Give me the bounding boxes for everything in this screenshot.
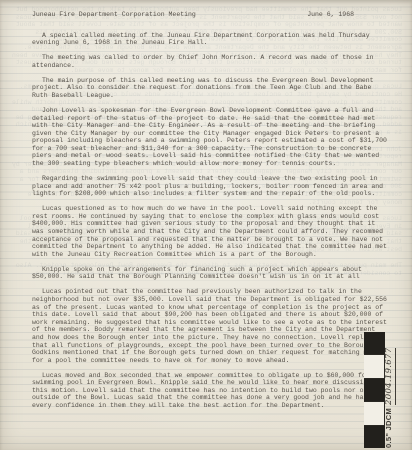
paragraph-purpose: The main purpose of this called meeting …: [32, 77, 388, 100]
document-header: Juneau Fire Department Corporation Meeti…: [32, 11, 388, 19]
paragraph-special-meeting: A special called meeting of the Juneau F…: [32, 32, 388, 47]
paragraph-call-to-order: The meeting was called to order by Chief…: [32, 54, 388, 69]
scanned-document-page: Lucas pointed out that the committee had…: [0, 0, 412, 450]
scale-label: 0.5" JDCM: [384, 408, 393, 448]
archive-side-label: 0.5" JDCM2004.19.677: [384, 328, 400, 448]
document-title: Juneau Fire Department Corporation Meeti…: [32, 11, 196, 19]
paragraph-lovell-report: John Lovell as spokesman for the Evergre…: [32, 107, 388, 168]
document-date: June 6, 1968: [307, 11, 354, 19]
paragraph-lucas-question: Lucas questioned as to how much do we ha…: [32, 205, 388, 258]
paragraph-swimming-pool: Regarding the swimming pool Lovell said …: [32, 175, 388, 198]
minutes-content: Juneau Fire Department Corporation Meeti…: [32, 11, 388, 417]
paragraph-lucas-authorization: Lucas pointed out that the committee had…: [32, 288, 388, 364]
paragraph-motion: Lucas moved and Box seconded that we emp…: [32, 372, 388, 410]
accession-number: 2004.19.677: [384, 348, 396, 405]
calibration-square-white: [364, 401, 385, 425]
calibration-square-black: [364, 426, 385, 448]
calibration-square-black: [364, 379, 385, 401]
calibration-square-black: [364, 332, 385, 354]
calibration-strip: [364, 332, 385, 448]
paragraph-knipple-financing: Knipple spoke on the arrangements for fi…: [32, 266, 388, 281]
calibration-square-white: [364, 354, 385, 378]
